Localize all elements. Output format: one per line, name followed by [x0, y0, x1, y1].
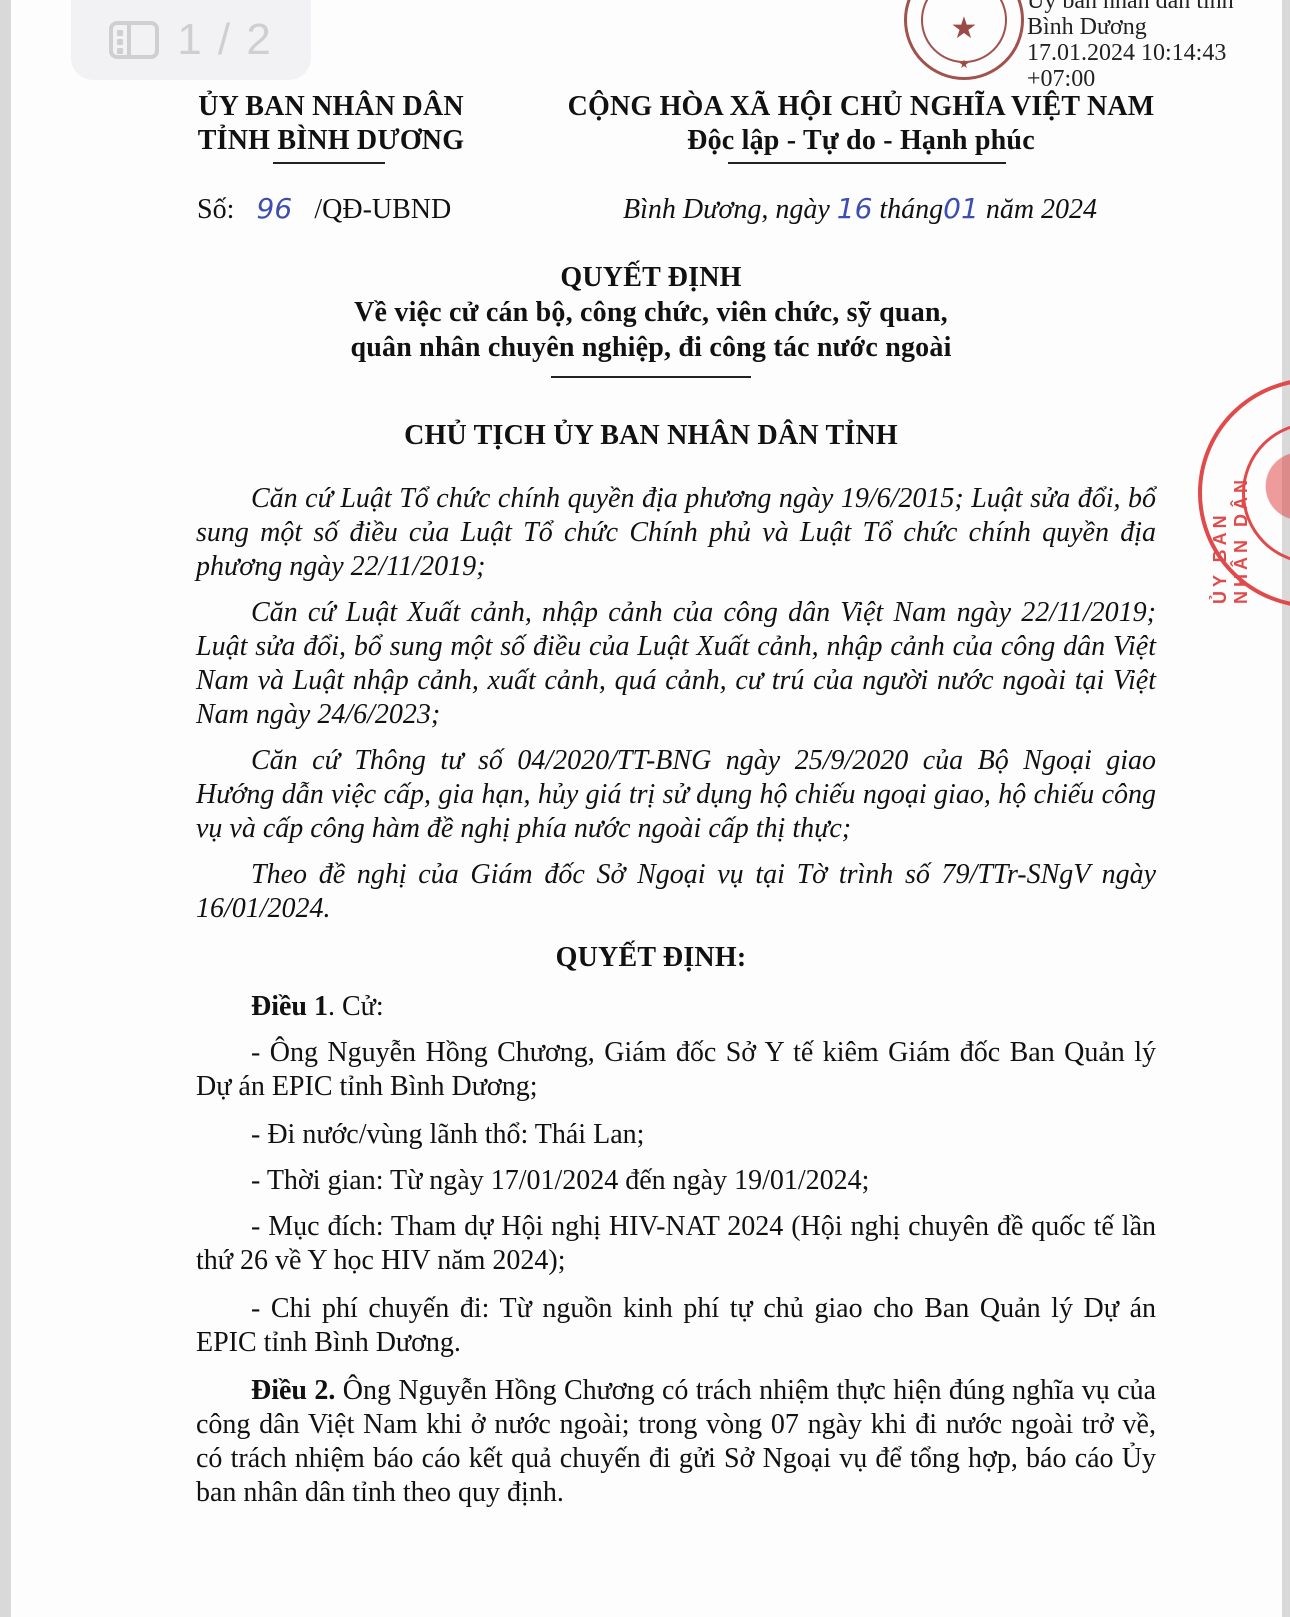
article-1-item: - Chi phí chuyến đi: Từ nguồn kinh phí t…: [196, 1292, 1156, 1360]
handwritten-day: 16: [837, 192, 873, 225]
document-page: 1 / 2 ★ ★ Ủy ban nhân dân tỉnh Bình Dươn…: [11, 0, 1282, 1617]
signature-timezone: +07:00: [1027, 66, 1234, 92]
preamble-paragraph: Căn cứ Thông tư số 04/2020/TT-BNG ngày 2…: [196, 744, 1156, 846]
issuer-line1: ỦY BAN NHÂN DÂN: [191, 90, 471, 124]
handwritten-month: 01: [943, 192, 979, 225]
page-indicator[interactable]: 1 / 2: [71, 0, 311, 80]
seal-text: ỦY BAN NHÂN DÂN: [1210, 442, 1252, 604]
article-1-item: - Thời gian: Từ ngày 17/01/2024 đến ngày…: [196, 1164, 1156, 1198]
page-number-label: 1 / 2: [177, 15, 273, 65]
country-name: CỘNG HÒA XÃ HỘI CHỦ NGHĨA VIỆT NAM: [551, 90, 1171, 124]
article-1-item: - Mục đích: Tham dự Hội nghị HIV-NAT 202…: [196, 1210, 1156, 1278]
document-date: Bình Dương, ngày 16 tháng01 năm 2024: [623, 192, 1097, 227]
title-underline: [551, 376, 751, 378]
issuer-line2: TỈNH BÌNH DƯƠNG: [191, 124, 471, 158]
signature-org: Ủy ban nhân dân tỉnh: [1027, 0, 1234, 14]
signature-province: Bình Dương: [1027, 14, 1234, 40]
handwritten-number: 96: [241, 192, 307, 226]
article-1-item: - Ông Nguyễn Hồng Chương, Giám đốc Sở Y …: [196, 1036, 1156, 1104]
motto: Độc lập - Tự do - Hạnh phúc: [551, 124, 1171, 158]
issuer-underline: [273, 162, 385, 164]
digital-signature-emblem-icon: ★ ★: [904, 0, 1024, 80]
article-1-heading: Điều 1. Cử:: [196, 990, 1156, 1024]
preamble-paragraph: Căn cứ Luật Xuất cảnh, nhập cảnh của côn…: [196, 596, 1156, 732]
decision-heading: QUYẾT ĐỊNH:: [171, 942, 1131, 974]
digital-signature-info: Ủy ban nhân dân tỉnh Bình Dương 17.01.20…: [1027, 0, 1234, 92]
decision-subject-line2: quân nhân chuyên nghiệp, đi công tác nướ…: [171, 330, 1131, 365]
sidebar-thumbnails-icon[interactable]: [109, 21, 159, 59]
decision-title: QUYẾT ĐỊNH: [171, 260, 1131, 295]
document-number: Số: 96 /QĐ-UBND: [197, 192, 451, 227]
authority-heading: CHỦ TỊCH ỦY BAN NHÂN DÂN TỈNH: [171, 420, 1131, 452]
issuer-block: ỦY BAN NHÂN DÂN TỈNH BÌNH DƯƠNG: [191, 90, 471, 158]
decision-title-block: QUYẾT ĐỊNH Về việc cử cán bộ, công chức,…: [171, 260, 1131, 365]
article-1-item: - Đi nước/vùng lãnh thổ: Thái Lan;: [196, 1118, 1156, 1152]
preamble-paragraph: Theo đề nghị của Giám đốc Sở Ngoại vụ tạ…: [196, 858, 1156, 926]
national-motto-block: CỘNG HÒA XÃ HỘI CHỦ NGHĨA VIỆT NAM Độc l…: [551, 90, 1171, 158]
official-red-seal-icon: ỦY BAN NHÂN DÂN: [1198, 378, 1290, 608]
decision-subject-line1: Về việc cử cán bộ, công chức, viên chức,…: [171, 295, 1131, 330]
signature-timestamp: 17.01.2024 10:14:43: [1027, 40, 1234, 66]
article-2: Điều 2. Ông Nguyễn Hồng Chương có trách …: [196, 1374, 1156, 1510]
preamble-paragraph: Căn cứ Luật Tổ chức chính quyền địa phươ…: [196, 482, 1156, 584]
motto-underline: [728, 162, 1006, 164]
